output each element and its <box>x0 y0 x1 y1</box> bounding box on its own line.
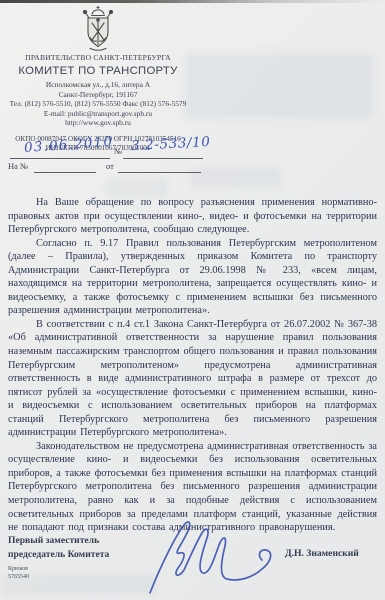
letterhead: ПРАВИТЕЛЬСТВО САНКТ-ПЕТЕРБУРГА КОМИТЕТ П… <box>0 5 196 153</box>
address-line-2: Санкт-Петербург, 191167 <box>0 90 196 100</box>
reply-number-blank <box>34 171 96 173</box>
reply-from-date-label: от <box>106 161 114 171</box>
signatory-position-line-1: Первый заместитель <box>8 534 109 548</box>
handwritten-date: 03.06.2010 <box>24 134 114 156</box>
outgoing-reference-line: 03.06.2010 № 3.2-533/10 <box>8 136 218 162</box>
letter-body: На Ваше обращение по вопросу разъяснения… <box>8 196 377 535</box>
executor-name: Крюков <box>8 566 29 574</box>
body-paragraph-2: Согласно п. 9.17 Правил пользования Пете… <box>8 237 377 318</box>
number-underline <box>123 157 203 159</box>
signatory-name: Д.Н. Знаменский <box>285 548 359 559</box>
reply-reference-line: На № от <box>8 161 218 177</box>
phone-line: Тел. (812) 576-5510, (812) 576-5550 Факс… <box>0 99 196 109</box>
executor-phone: 5765540 <box>8 574 29 582</box>
saint-petersburg-coat-of-arms-icon <box>78 5 118 51</box>
signatory-position-line-2: председатель Комитета <box>8 548 109 562</box>
number-sign: № <box>114 146 122 156</box>
executor-note: Крюков 5765540 <box>8 566 29 581</box>
scanned-letter-page: ПРАВИТЕЛЬСТВО САНКТ-ПЕТЕРБУРГА КОМИТЕТ П… <box>0 0 385 600</box>
reply-to-number-label: На № <box>8 161 28 171</box>
reply-date-blank <box>118 171 201 173</box>
scan-edge-artifact <box>0 0 385 3</box>
body-paragraph-3: В соответствии с п.4 ст.1 Закона Санкт-П… <box>8 318 377 440</box>
scan-shading-patch <box>108 181 166 194</box>
body-paragraph-1: На Ваше обращение по вопросу разъяснения… <box>8 196 377 237</box>
committee-name: КОМИТЕТ ПО ТРАНСПОРТУ <box>0 64 196 78</box>
scan-shading-patch <box>188 57 370 115</box>
website-line: http://www.gov.spb.ru <box>0 118 196 128</box>
signatory-position: Первый заместитель председатель Комитета <box>8 534 109 561</box>
government-name: ПРАВИТЕЛЬСТВО САНКТ-ПЕТЕРБУРГА <box>0 53 196 63</box>
email-line: E-mail: public@transport.gov.spb.ru <box>0 109 196 119</box>
address-line-1: Исполкомская ул., д.16, литера А <box>0 80 196 90</box>
date-underline <box>10 157 110 159</box>
handwritten-outgoing-number: 3.2-533/10 <box>131 134 211 154</box>
